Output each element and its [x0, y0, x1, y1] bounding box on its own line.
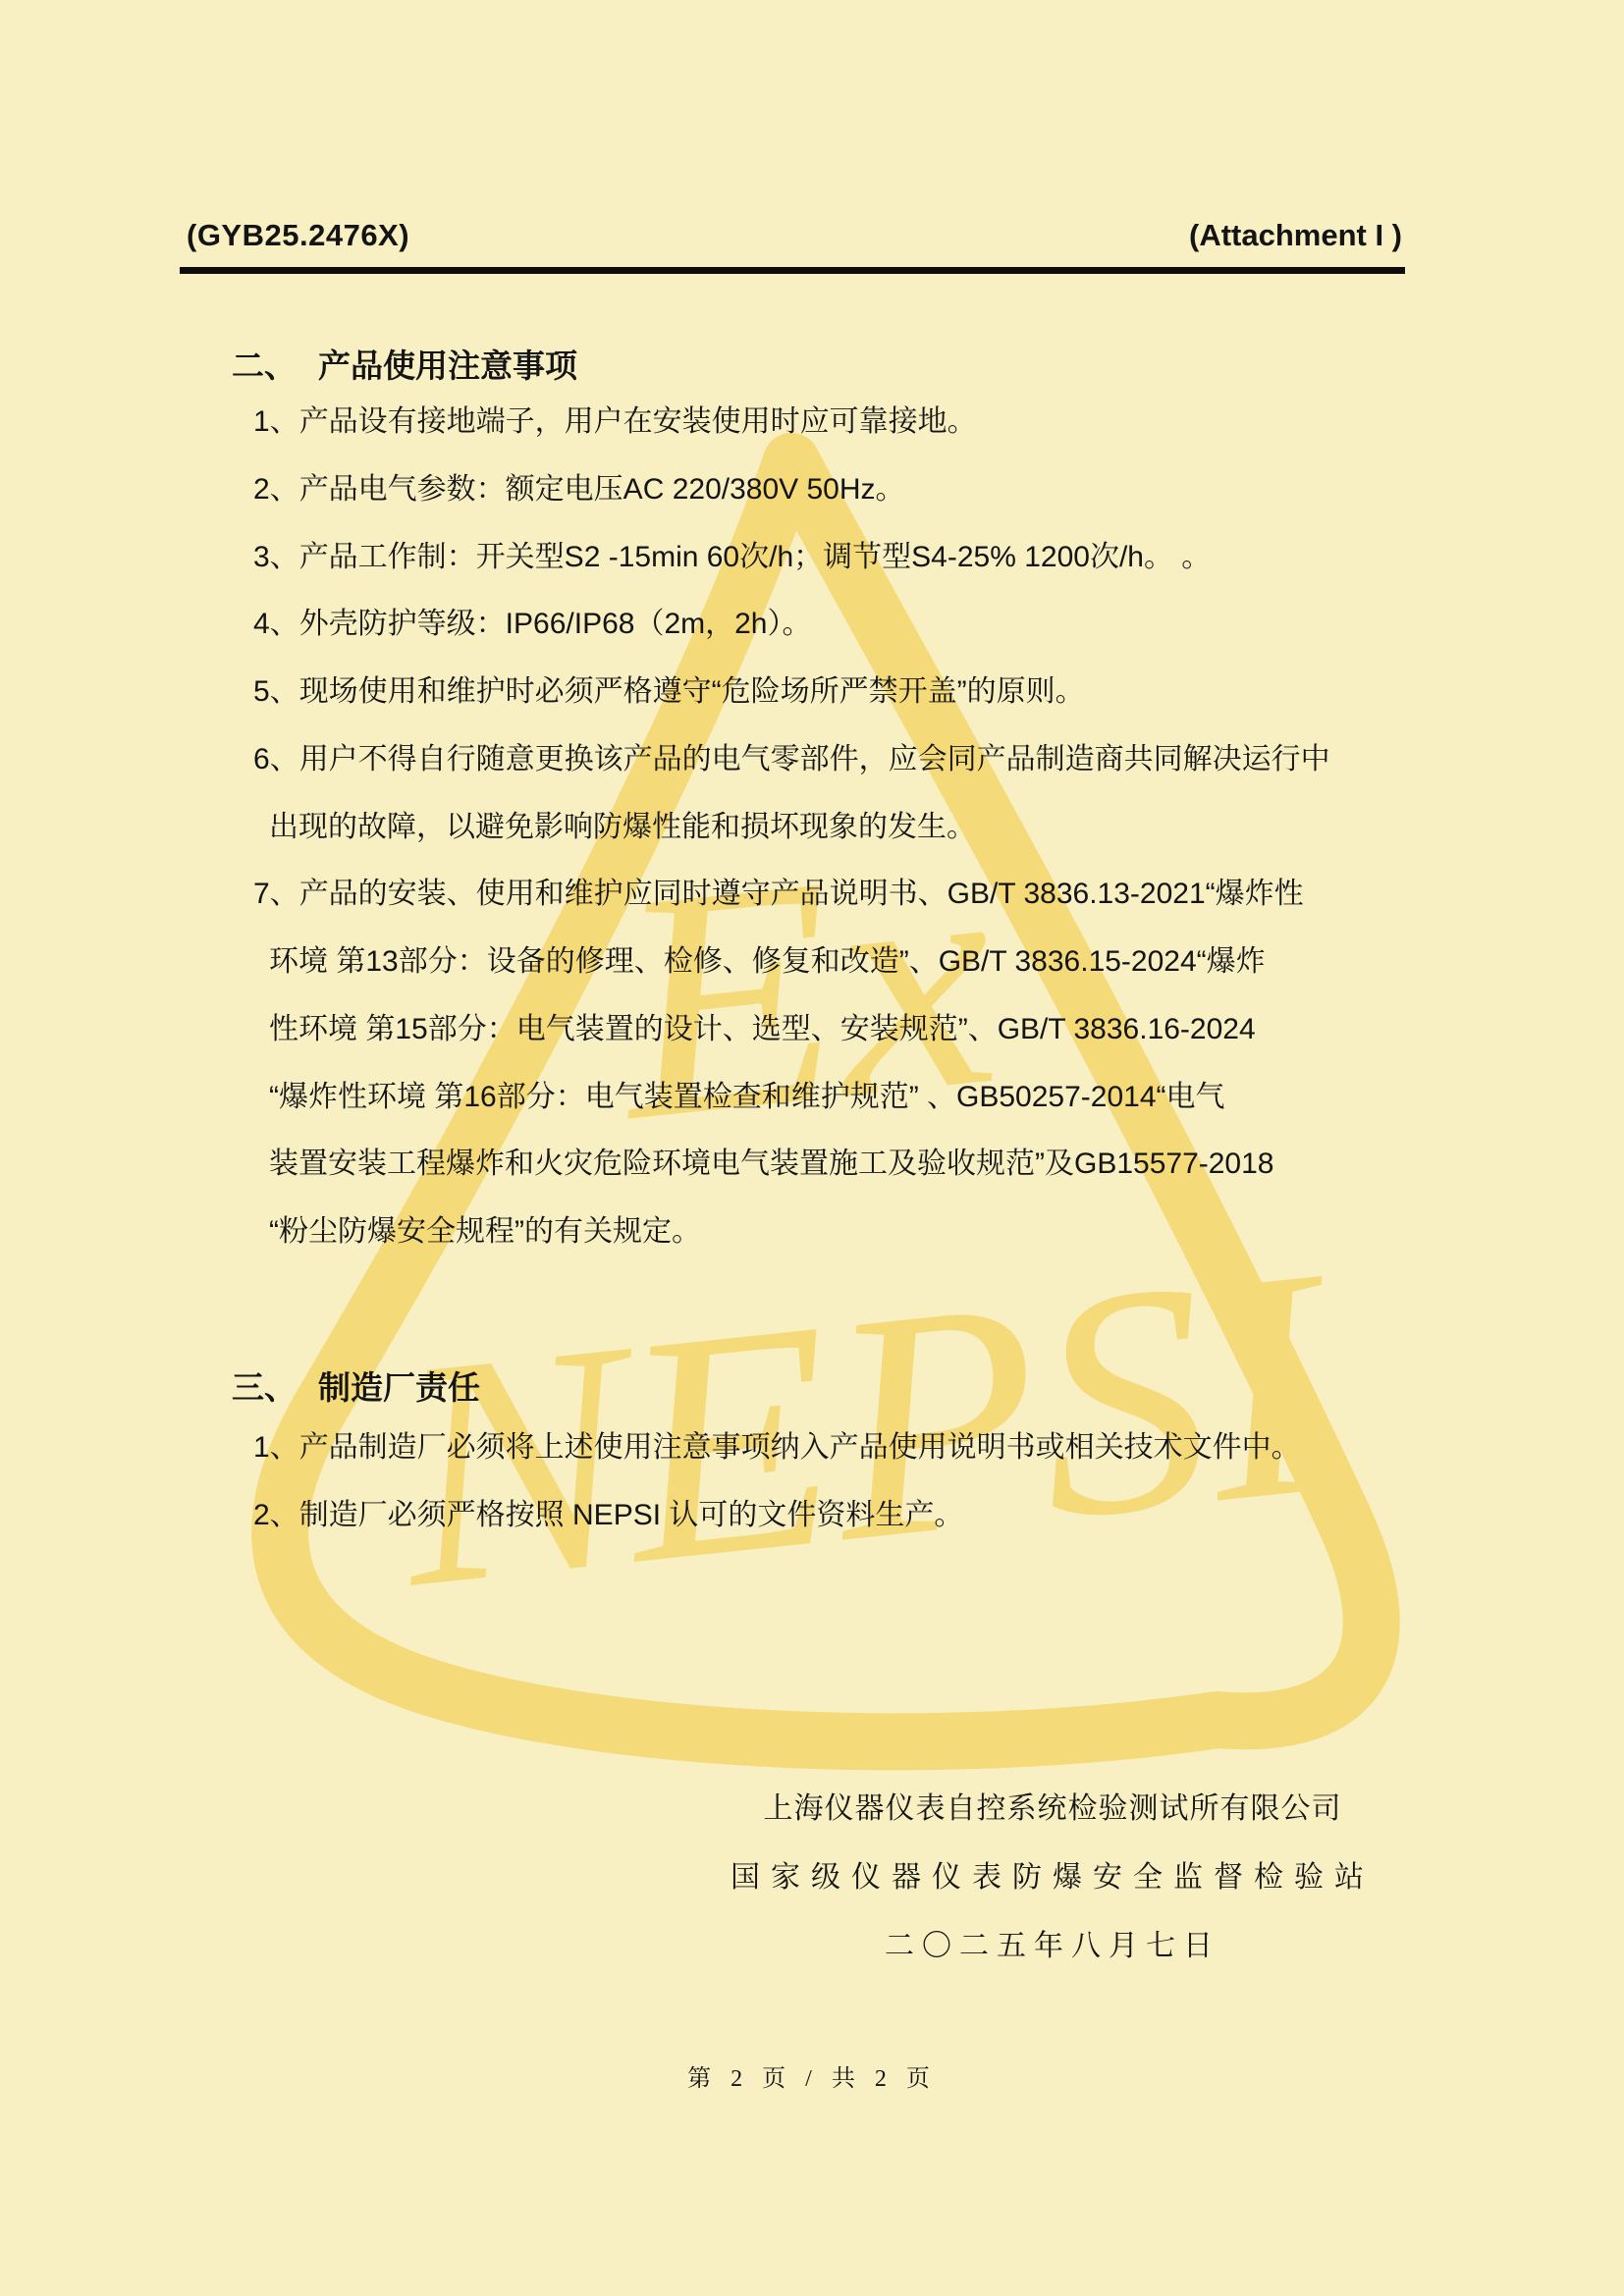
item-number: 2、	[253, 1499, 299, 1531]
item-line: 产品电气参数：额定电压AC 220/380V 50Hz。	[299, 473, 905, 506]
item-line: 出现的故障，以避免影响防爆性能和损坏现象的发生。	[269, 811, 976, 843]
list-item: 5、现场使用和维护时必须严格遵守“危险场所严禁开盖”的原则。	[253, 659, 1417, 726]
item-number: 5、	[253, 675, 299, 708]
list-item: 3、产品工作制：开关型S2 -15min 60次/h；调节型S4-25% 120…	[253, 524, 1417, 592]
notes-list: 1、产品设有接地端子，用户在安装使用时应可靠接地。2、产品电气参数：额定电压AC…	[253, 389, 1417, 1266]
section-number: 二、	[232, 341, 318, 387]
item-number: 4、	[253, 608, 299, 640]
list-item: 2、产品电气参数：额定电压AC 220/380V 50Hz。	[253, 456, 1417, 524]
item-number: 1、	[253, 405, 299, 438]
item-line: 用户不得自行随意更换该产品的电气零部件，应会同产品制造商共同解决运行中	[299, 743, 1330, 775]
item-line: 装置安装工程爆炸和火灾危险环境电气装置施工及验收规范”及GB15577-2018	[269, 1148, 1274, 1180]
issue-date: 二〇二五年八月七日	[709, 1912, 1396, 1981]
page-number: 第 2 页 / 共 2 页	[0, 2058, 1624, 2093]
section-title: 制造厂责任	[318, 1362, 480, 1409]
issuer-company-name: 上海仪器仪表自控系统检验测试所有限公司	[709, 1775, 1396, 1843]
item-line: 制造厂必须严格按照 NEPSI 认可的文件资料生产。	[299, 1499, 964, 1531]
item-line: 性环境 第15部分：电气装置的设计、选型、安装规范”、GB/T 3836.16-…	[269, 1013, 1256, 1045]
item-number: 2、	[253, 473, 299, 506]
signature-block: 上海仪器仪表自控系统检验测试所有限公司 国家级仪器仪表防爆安全监督检验站 二〇二…	[709, 1775, 1396, 1981]
item-number: 3、	[253, 541, 299, 573]
list-item: 6、用户不得自行随意更换该产品的电气零部件，应会同产品制造商共同解决运行中出现的…	[253, 726, 1417, 862]
section-heading-notes: 二、 产品使用注意事项	[232, 341, 577, 387]
item-line: 产品设有接地端子，用户在安装使用时应可靠接地。	[299, 405, 977, 438]
document-code: (GYB25.2476X)	[187, 218, 409, 253]
list-item: 7、产品的安装、使用和维护应同时遵守产品说明书、GB/T 3836.13-202…	[253, 861, 1417, 1266]
list-item: 2、制造厂必须严格按照 NEPSI 认可的文件资料生产。	[253, 1482, 1417, 1550]
header-rule	[180, 267, 1405, 274]
section-heading-responsibility: 三、 制造厂责任	[232, 1362, 480, 1409]
item-line: 产品工作制：开关型S2 -15min 60次/h；调节型S4-25% 1200次…	[299, 541, 1212, 573]
item-line: 产品制造厂必须将上述使用注意事项纳入产品使用说明书或相关技术文件中。	[299, 1431, 1301, 1464]
item-line: 产品的安装、使用和维护应同时遵守产品说明书、GB/T 3836.13-2021“…	[299, 878, 1304, 910]
section-number: 三、	[232, 1362, 318, 1409]
item-line: “粉尘防爆安全规程”的有关规定。	[269, 1215, 701, 1248]
section-title: 产品使用注意事项	[318, 341, 577, 387]
item-line: 外壳防护等级：IP66/IP68（2m，2h）。	[299, 608, 812, 640]
item-line: “爆炸性环境 第16部分：电气装置检查和维护规范” 、GB50257-2014“…	[269, 1081, 1225, 1113]
attachment-label: (Attachment I )	[1189, 218, 1402, 253]
item-line: 现场使用和维护时必须严格遵守“危险场所严禁开盖”的原则。	[299, 675, 1085, 708]
responsibility-list: 1、产品制造厂必须将上述使用注意事项纳入产品使用说明书或相关技术文件中。2、制造…	[253, 1415, 1417, 1550]
list-item: 1、产品设有接地端子，用户在安装使用时应可靠接地。	[253, 389, 1417, 456]
item-number: 6、	[253, 743, 299, 775]
item-number: 7、	[253, 878, 299, 910]
item-number: 1、	[253, 1431, 299, 1464]
issuer-station-name: 国家级仪器仪表防爆安全监督检验站	[709, 1843, 1396, 1912]
list-item: 1、产品制造厂必须将上述使用注意事项纳入产品使用说明书或相关技术文件中。	[253, 1415, 1417, 1482]
item-line: 环境 第13部分：设备的修理、检修、修复和改造”、GB/T 3836.15-20…	[269, 945, 1266, 978]
list-item: 4、外壳防护等级：IP66/IP68（2m，2h）。	[253, 591, 1417, 659]
